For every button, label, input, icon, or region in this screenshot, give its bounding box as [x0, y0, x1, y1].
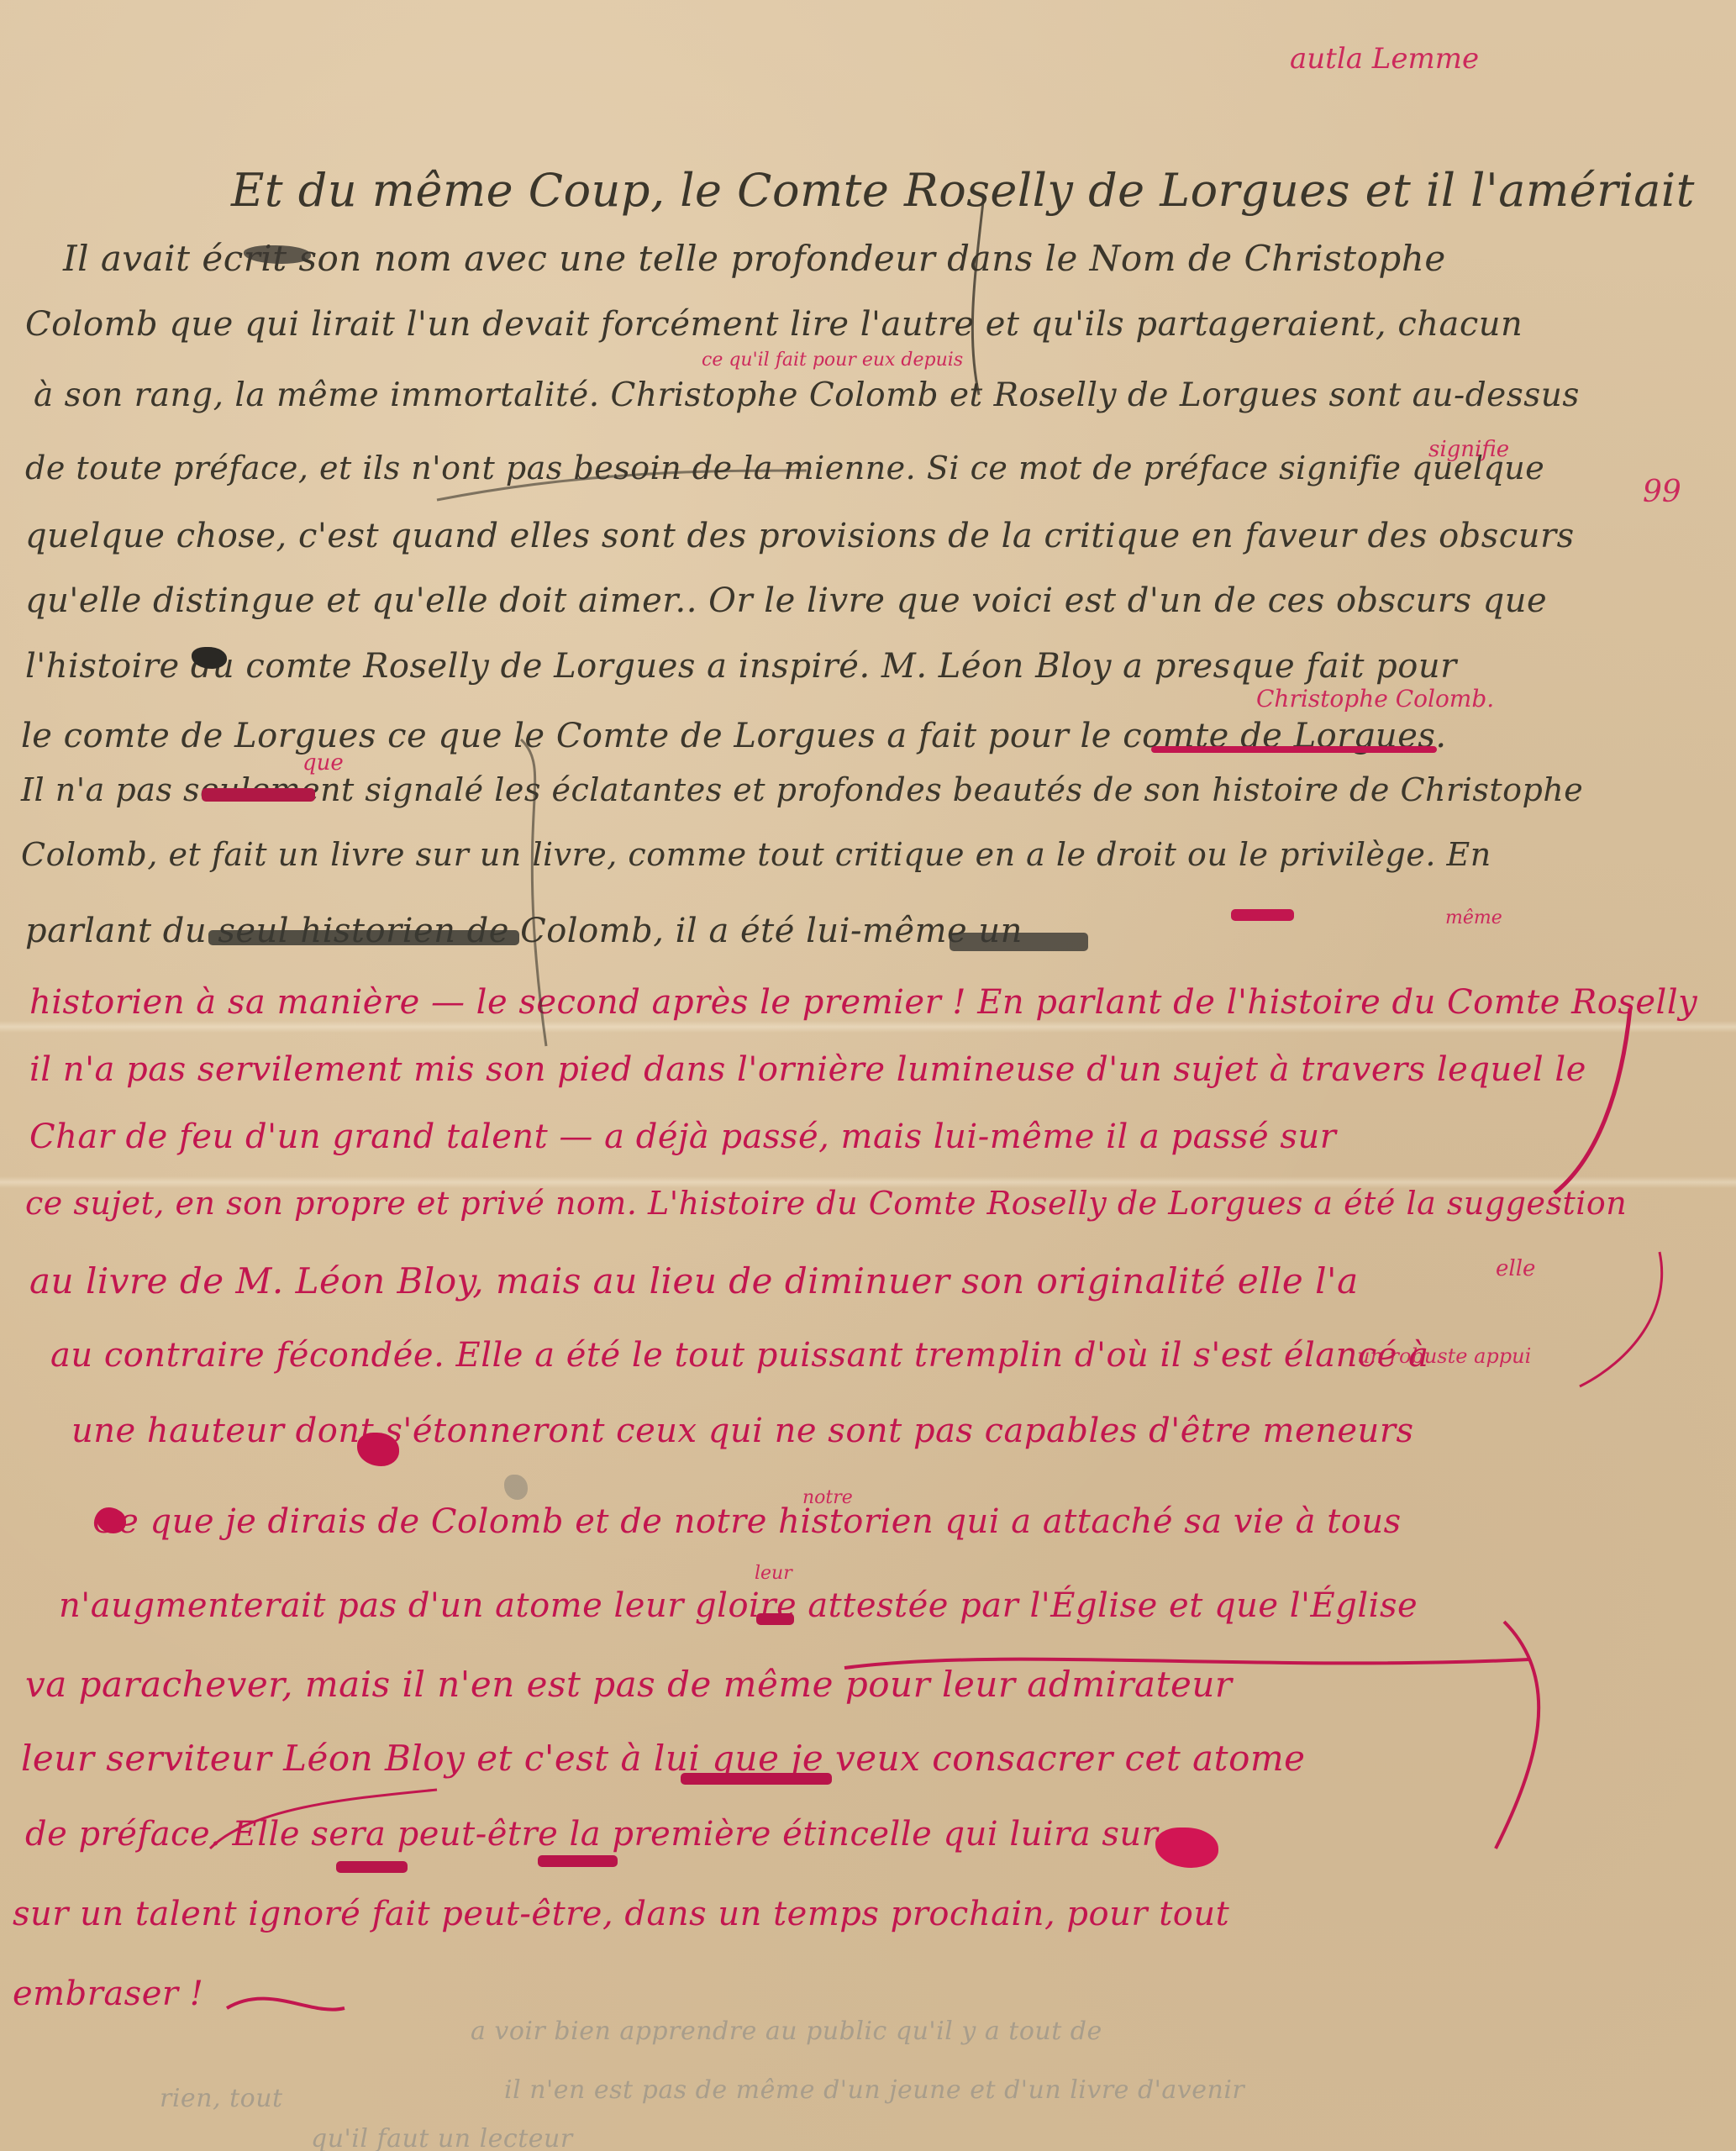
pen-flourishes	[0, 0, 1736, 2151]
manuscript-page: autla Lemme Et du même Coup, le Comte Ro…	[0, 0, 1736, 2151]
